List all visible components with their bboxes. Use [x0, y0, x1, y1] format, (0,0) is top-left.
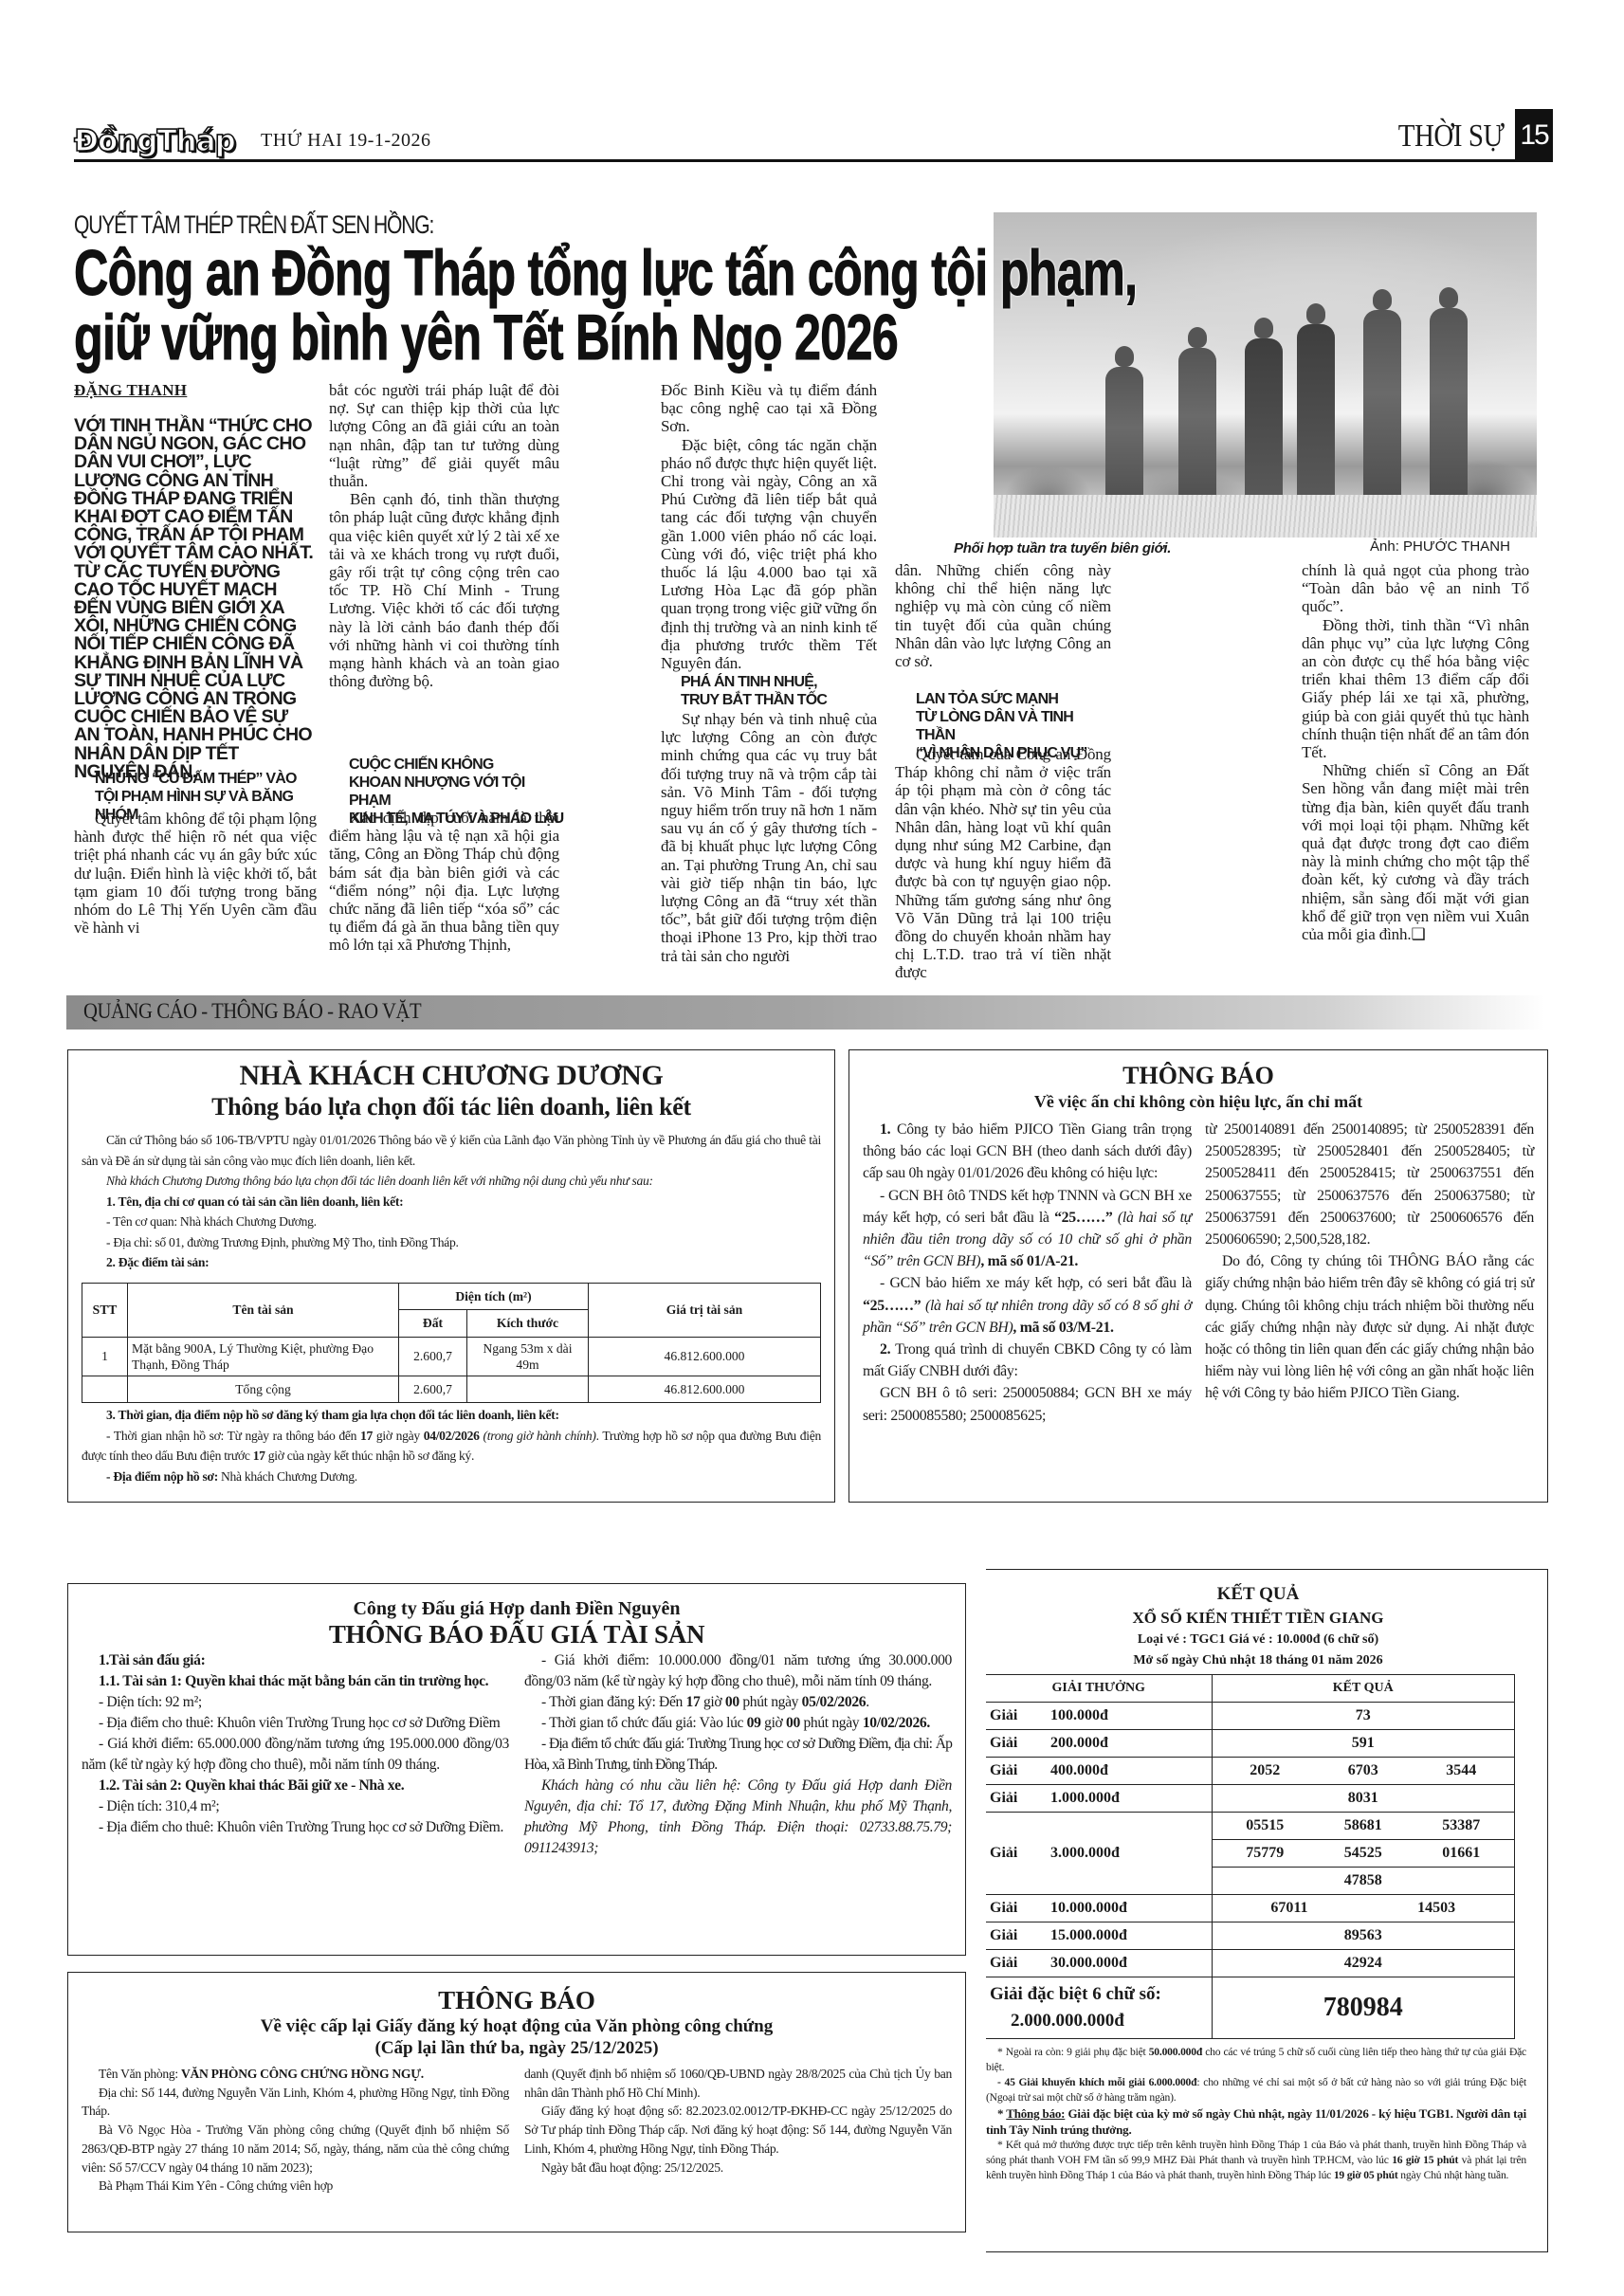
cell-empty	[82, 1376, 128, 1403]
prize-row: Giải3.000.000đ 055155868153387	[986, 1813, 1515, 1840]
prize-word: Giải	[990, 1735, 1050, 1752]
note-announcement: * Thông báo: Giải đặc biệt của kỳ mở số …	[986, 2105, 1526, 2138]
article-lede: VỚI TINH THẦN “THỨC CHO DÂN NGỦ NGON, GÁ…	[74, 417, 317, 781]
table-total-row: Tổng cộng 2.600,7 46.812.600.000	[82, 1376, 821, 1403]
ad-body: Tên Văn phòng: VĂN PHÒNG CÔNG CHỨNG HỒNG…	[82, 2065, 952, 2196]
result-cell: 757795452501661	[1212, 1840, 1515, 1868]
ad-line: - Địa điểm cho thuê: Khuôn viên Trường T…	[82, 1713, 509, 1734]
prize-cell: Giải200.000đ	[986, 1730, 1212, 1758]
article-column-5: chính là quả ngọt của phong trào “Toàn d…	[1302, 561, 1529, 943]
ad-paragraph: 2. Trong quá trình di chuyển CBKD Công t…	[863, 1339, 1192, 1382]
text: Công ty bảo hiểm PJICO Tiền Giang trân t…	[863, 1121, 1192, 1181]
text: Tên Văn phòng:	[99, 2067, 181, 2081]
prize-row: Giải30.000.000đ 42924	[986, 1950, 1515, 1977]
ad-line: - Tên cơ quan: Nhà khách Chương Dương.	[82, 1212, 821, 1232]
note: * Kết quả mở thưởng được trực tiếp trên …	[986, 2138, 1526, 2183]
table-header-size: Kích thước	[467, 1310, 589, 1338]
special-prize-amount: 2.000.000.000đ	[990, 2008, 1208, 2034]
photo-figure	[1430, 308, 1468, 519]
ad-section-heading: 3. Thời gian, địa điểm nộp hồ sơ đăng ký…	[82, 1405, 821, 1426]
ad-contact: Khách hàng có nhu cầu liên hệ: Công ty Đ…	[524, 1776, 952, 1859]
special-prize-row: Giải đặc biệt 6 chữ số:2.000.000.000đ 78…	[986, 1977, 1515, 2039]
ad-paragraph: - GCN BH ôtô TNDS kết hợp TNNN và GCN BH…	[863, 1185, 1192, 1273]
cell-total-land: 2.600,7	[399, 1376, 467, 1403]
prize-cell: Giải3.000.000đ	[986, 1813, 1212, 1895]
text: - Thời gian đăng ký: Đến	[541, 1694, 686, 1710]
prize-cell: Giải400.000đ	[986, 1758, 1212, 1785]
prize-row: Giải200.000đ 591	[986, 1730, 1515, 1758]
ad-column-right: danh (Quyết định bổ nhiệm số 1060/QĐ-UBN…	[524, 2065, 952, 2196]
subhead-pha-an-tinh-nhue: PHÁ ÁN TINH NHUỆ, TRUY BẮT THẦN TỐC	[681, 673, 880, 709]
prize-word: Giải	[990, 1707, 1050, 1724]
table-row: 1 Mặt bằng 900A, Lý Thường Kiệt, phường …	[82, 1337, 821, 1376]
ad-line: Bà Võ Ngọc Hòa - Trưởng Văn phòng công c…	[82, 2121, 509, 2177]
text-bold: - Địa điểm nộp hồ sơ:	[106, 1469, 218, 1484]
ad-title: THÔNG BÁO	[863, 1062, 1534, 1090]
prize-row: Giải100.000đ 73	[986, 1703, 1515, 1730]
photo-caption: Phối hợp tuần tra tuyến biên giới.	[954, 540, 1171, 556]
ad-paragraph: từ 2500140891 đến 2500140895; từ 2500528…	[1205, 1119, 1534, 1250]
text-bold: 2.	[880, 1341, 890, 1358]
ad-line: - Giá khởi điểm: 10.000.000 đồng/01 năm …	[524, 1650, 952, 1692]
text: giờ ngày	[373, 1429, 424, 1443]
text: Nhà khách Chương Dương.	[218, 1469, 357, 1484]
ad-intro: Căn cứ Thông báo số 106-TB/VPTU ngày 01/…	[82, 1130, 821, 1171]
ad-inner: KẾT QUẢ XỔ SỐ KIẾN THIẾT TIỀN GIANG Loại…	[986, 1570, 1547, 2183]
prize-amount: 3.000.000đ	[1050, 1845, 1120, 1862]
article-paragraph: dân. Những chiến công này không chỉ thể …	[895, 561, 1111, 670]
cell-stt: 1	[82, 1337, 128, 1376]
text: - GCN bảo hiểm xe máy kết hợp, có seri b…	[880, 1275, 1192, 1291]
text: .	[866, 1694, 869, 1710]
ad-line: - Giá khởi điểm: 65.000.000 đồng/năm tươ…	[82, 1734, 509, 1776]
ad-body: 1.Tài sản đấu giá: 1.1. Tài sản 1: Quyền…	[82, 1650, 952, 1859]
ad-column-right: - Giá khởi điểm: 10.000.000 đồng/01 năm …	[524, 1650, 952, 1859]
ad-line: Ngày bắt đầu hoạt động: 25/12/2025.	[524, 2159, 952, 2178]
ad-auction-time: - Thời gian tổ chức đấu giá: Vào lúc 09 …	[524, 1713, 952, 1734]
result-number: 14503	[1417, 1900, 1455, 1917]
lottery-results-table: GIẢI THƯỞNG KẾT QUẢ Giải100.000đ 73 Giải…	[986, 1674, 1515, 2039]
special-prize-cell: Giải đặc biệt 6 chữ số:2.000.000.000đ	[986, 1977, 1212, 2039]
result-cell: 6701114503	[1212, 1895, 1515, 1922]
article-paragraph: chính là quả ngọt của phong trào “Toàn d…	[1302, 561, 1529, 616]
text-bold: 16 giờ 15 phút	[1392, 2154, 1458, 2166]
text-italic: (trong giờ hành chính)	[480, 1429, 596, 1443]
masthead: ĐồngTháp THỨ HAI 19-1-2026 THỜI SỰ 15	[74, 109, 1553, 164]
table-header-value: Giá trị tài sản	[589, 1283, 821, 1337]
photo-grass	[994, 495, 1537, 538]
result-number: 75779	[1246, 1845, 1284, 1862]
article-column-2: bắt cóc người trái pháp luật để đòi nợ. …	[329, 381, 559, 690]
text: phút ngày	[800, 1715, 863, 1731]
text-bold: - 45 Giải khuyến khích mỗi giải 6.000.00…	[997, 2076, 1196, 2088]
prize-word: Giải	[990, 1790, 1050, 1807]
article-column-3b: Sự nhạy bén và tinh nhuệ của lực lượng C…	[661, 710, 877, 965]
ad-heading: 1.2. Tài sản 2: Quyền khai thác Bãi giữ …	[82, 1776, 509, 1796]
prize-word: Giải	[990, 1762, 1050, 1779]
prize-amount: 15.000.000đ	[1050, 1927, 1127, 1944]
article-kicker: QUYẾT TÂM THÉP TRÊN ĐẤT SEN HỒNG:	[74, 210, 433, 240]
result-number: 3544	[1446, 1762, 1476, 1779]
article-column-4b: Quyết tâm của Công an Đồng Tháp không ch…	[895, 745, 1111, 982]
text-bold: “25……”	[1054, 1210, 1112, 1226]
article-paragraph: Quyết tâm không để tội phạm lộng hành đư…	[74, 810, 317, 937]
prize-cell: Giải100.000đ	[986, 1703, 1212, 1730]
text-bold: 17	[360, 1429, 373, 1443]
prize-word: Giải	[990, 1955, 1050, 1972]
article-paragraph: Những chiến sĩ Công an Đất Sen hồng vẫn …	[1302, 761, 1529, 943]
ad-section-heading: 2. Đặc điểm tài sản:	[82, 1252, 821, 1273]
text-bold: , mã số 03/M-21.	[1013, 1320, 1113, 1336]
result-number: 58681	[1344, 1817, 1382, 1834]
text: Trong quá trình di chuyển CBKD Công ty c…	[863, 1341, 1192, 1379]
ad-column-left: 1.Tài sản đấu giá: 1.1. Tài sản 1: Quyền…	[82, 1650, 509, 1859]
ads-section-banner: QUẢNG CÁO - THÔNG BÁO - RAO VẶT	[66, 995, 1545, 1030]
photo-figure	[1363, 310, 1401, 519]
ad-title: THÔNG BÁO ĐẤU GIÁ TÀI SẢN	[82, 1620, 952, 1649]
text-bold: 04/02/2026	[424, 1429, 480, 1443]
text-bold: 19 giờ 05 phút	[1334, 2169, 1398, 2181]
ad-subtitle: Về việc ấn chỉ không còn hiệu lực, ấn ch…	[863, 1090, 1534, 1113]
ad-line: - Địa điểm cho thuê: Khuôn viên Trường T…	[82, 1817, 509, 1838]
result-number: 42924	[1344, 1955, 1382, 1972]
ad-line: danh (Quyết định bổ nhiệm số 1060/QĐ-UBN…	[524, 2065, 952, 2102]
newspaper-logo: ĐồngTháp	[74, 124, 235, 158]
prize-amount: 1.000.000đ	[1050, 1790, 1120, 1807]
result-number: 89563	[1344, 1927, 1382, 1944]
special-prize-result: 780984	[1212, 1977, 1515, 2039]
article-paragraph: Quyết tâm của Công an Đồng Tháp không ch…	[895, 745, 1111, 982]
table-header-name: Tên tài sản	[128, 1283, 399, 1337]
article-column-3: Đốc Binh Kiều và tụ điểm đánh bạc công n…	[661, 381, 877, 672]
ad-intro-italic: Nhà khách Chương Dương thông báo lựa chọ…	[82, 1171, 821, 1192]
issue-date: THỨ HAI 19-1-2026	[261, 130, 431, 152]
text-bold: 17	[253, 1449, 265, 1463]
ad-paragraph: GCN BH ô tô seri: 2500050884; GCN BH xe …	[863, 1382, 1192, 1426]
result-number: 591	[1352, 1735, 1375, 1752]
ad-paragraph: 1. Công ty bảo hiểm PJICO Tiền Giang trâ…	[863, 1119, 1192, 1185]
text: giờ của ngày kết thúc nhận hồ sơ đăng ký…	[265, 1449, 474, 1463]
prize-word: Giải	[990, 1900, 1050, 1917]
text-bold: 09	[747, 1715, 761, 1731]
header-result: KẾT QUẢ	[1212, 1675, 1515, 1703]
photo-credit: Ảnh: PHƯỚC THANH	[1370, 538, 1510, 555]
text-bold: 00	[786, 1715, 800, 1731]
prize-row: Giải1.000.000đ 8031	[986, 1785, 1515, 1813]
result-cell: 89563	[1212, 1922, 1515, 1950]
ad-ket-qua-xo-so: KẾT QUẢ XỔ SỐ KIẾN THIẾT TIỀN GIANG Loại…	[986, 1569, 1548, 2252]
ad-line: Địa chỉ: Số 144, đường Nguyễn Văn Linh, …	[82, 2084, 509, 2121]
lottery-ticket-info: Loại vé : TGC1 Giá vé : 10.000đ (6 chữ s…	[986, 1630, 1530, 1650]
ad-thong-bao-cong-chung: THÔNG BÁO Về việc cấp lại Giấy đăng ký h…	[67, 1972, 966, 2232]
cell-land: 2.600,7	[399, 1337, 467, 1376]
prize-word: Giải	[990, 1845, 1050, 1862]
section-name: THỜI SỰ	[1397, 118, 1504, 155]
prize-amount: 200.000đ	[1050, 1735, 1108, 1752]
result-number: 47858	[1344, 1872, 1382, 1889]
article-paragraph-text: Những chiến sĩ Công an Đất Sen hồng vẫn …	[1302, 761, 1529, 943]
article-paragraph: bắt cóc người trái pháp luật để đòi nợ. …	[329, 381, 559, 490]
result-number: 01661	[1442, 1845, 1480, 1862]
prize-cell: Giải1.000.000đ	[986, 1785, 1212, 1813]
text: * Ngoài ra còn: 9 giải phụ đặc biệt	[997, 2046, 1149, 2058]
cell-size: Ngang 53m x dài 49m	[467, 1337, 589, 1376]
masthead-divider	[74, 159, 1515, 162]
result-cell: 055155868153387	[1212, 1813, 1515, 1840]
ad-heading: 1.1. Tài sản 1: Quyền khai thác mặt bằng…	[82, 1671, 509, 1692]
result-number: 6703	[1348, 1762, 1378, 1779]
ad-office-name: Tên Văn phòng: VĂN PHÒNG CÔNG CHỨNG HỒNG…	[82, 2065, 509, 2084]
result-number: 54525	[1344, 1845, 1382, 1862]
photo-figure	[1178, 348, 1216, 519]
asset-table: STT Tên tài sản Diện tích (m²) Giá trị t…	[82, 1283, 821, 1404]
end-mark-icon: ❑	[1411, 925, 1425, 943]
result-cell: 73	[1212, 1703, 1515, 1730]
text: ngày Chủ nhật hàng tuần.	[1398, 2169, 1509, 2181]
text-bold: 00	[725, 1694, 739, 1710]
ad-section-heading: 1. Tên, địa chỉ cơ quan có tài sản cần l…	[82, 1192, 821, 1212]
prize-row: Giải10.000.000đ 6701114503	[986, 1895, 1515, 1922]
result-number: 67011	[1270, 1900, 1307, 1917]
article-byline: ĐẶNG THANH	[74, 381, 187, 400]
text: - Thời gian tổ chức đấu giá: Vào lúc	[541, 1715, 747, 1731]
text: - Thời gian nhận hồ sơ: Từ ngày ra thông…	[106, 1429, 360, 1443]
ad-title: THÔNG BÁO	[82, 1985, 952, 2015]
special-prize-label: Giải đặc biệt 6 chữ số:	[990, 1981, 1208, 2008]
ad-body: 1. Công ty bảo hiểm PJICO Tiền Giang trâ…	[863, 1119, 1534, 1427]
ad-column-right: từ 2500140891 đến 2500140895; từ 2500528…	[1205, 1119, 1534, 1427]
prize-cell: Giải30.000.000đ	[986, 1950, 1212, 1977]
ad-title: NHÀ KHÁCH CHƯƠNG DƯƠNG	[82, 1060, 821, 1092]
prize-amount: 30.000.000đ	[1050, 1955, 1127, 1972]
prize-amount: 400.000đ	[1050, 1762, 1108, 1779]
ads-section-label: QUẢNG CÁO - THÔNG BÁO - RAO VẶT	[83, 999, 421, 1024]
result-cell: 47858	[1212, 1868, 1515, 1895]
ad-thong-bao-dau-gia: Công ty Đấu giá Hợp danh Điền Nguyên THÔ…	[67, 1583, 966, 1956]
photo-figure	[1297, 324, 1335, 519]
text: giờ	[700, 1694, 724, 1710]
text-bold: 50.000.000đ	[1149, 2046, 1202, 2058]
result-cell: 42924	[1212, 1950, 1515, 1977]
article-headline-line-1: Công an Đồng Tháp tổng lực tấn công tội …	[74, 241, 1137, 305]
prize-row: Giải15.000.000đ 89563	[986, 1922, 1515, 1950]
ad-registration-time: - Thời gian đăng ký: Đến 17 giờ 00 phút …	[524, 1692, 952, 1713]
ad-submission-place: - Địa điểm nộp hồ sơ: Nhà khách Chương D…	[82, 1467, 821, 1487]
cell-total-value: 46.812.600.000	[589, 1376, 821, 1403]
text-bold: 10/02/2026.	[863, 1715, 930, 1731]
prize-cell: Giải15.000.000đ	[986, 1922, 1212, 1950]
ad-line: - Diện tích: 92 m²;	[82, 1692, 509, 1713]
ad-inner: THÔNG BÁO Về việc ấn chỉ không còn hiệu …	[849, 1050, 1547, 1502]
prize-amount: 10.000.000đ	[1050, 1900, 1127, 1917]
page-number: 15	[1515, 109, 1553, 162]
note: - 45 Giải khuyến khích mỗi giải 6.000.00…	[986, 2075, 1526, 2105]
text: giờ	[761, 1715, 786, 1731]
article-column-1: Quyết tâm không để tội phạm lộng hành đư…	[74, 810, 317, 937]
note: * Ngoài ra còn: 9 giải phụ đặc biệt 50.0…	[986, 2045, 1526, 2075]
ad-line: - Địa chỉ: số 01, đường Trương Định, phư…	[82, 1232, 821, 1253]
ad-nha-khach-chuong-duong: NHÀ KHÁCH CHƯƠNG DƯƠNG Thông báo lựa chọ…	[67, 1049, 835, 1503]
text-underline: Thông báo:	[1006, 2106, 1065, 2121]
lottery-notes: * Ngoài ra còn: 9 giải phụ đặc biệt 50.0…	[986, 2045, 1530, 2183]
result-cell: 205267033544	[1212, 1758, 1515, 1785]
article-paragraph: Đặc biệt, công tác ngăn chặn pháo nổ đượ…	[661, 436, 877, 673]
ad-body: Căn cứ Thông báo số 106-TB/VPTU ngày 01/…	[82, 1130, 821, 1486]
ad-line: Giấy đăng ký hoạt động số: 82.2023.02.00…	[524, 2102, 952, 2158]
text-bold: 17	[686, 1694, 701, 1710]
ad-column-left: 1. Công ty bảo hiểm PJICO Tiền Giang trâ…	[863, 1119, 1192, 1427]
ad-subtitle-date: (Cấp lại lần thứ ba, ngày 25/12/2025)	[82, 2037, 952, 2059]
article-paragraph: Sự nhạy bén và tinh nhuệ của lực lượng C…	[661, 710, 877, 965]
text-bold: VĂN PHÒNG CÔNG CHỨNG HỒNG NGỰ.	[181, 2067, 424, 2081]
result-number: 2052	[1250, 1762, 1280, 1779]
table-header-stt: STT	[82, 1283, 128, 1337]
article-paragraph: Đốc Binh Kiều và tụ điểm đánh bạc công n…	[661, 381, 877, 436]
ad-company: Công ty Đấu giá Hợp danh Điền Nguyên	[82, 1597, 952, 1620]
result-number: 8031	[1348, 1790, 1378, 1807]
lottery-subtitle: XỔ SỐ KIẾN THIẾT TIỀN GIANG	[986, 1607, 1530, 1630]
table-header-land: Đất	[399, 1310, 467, 1338]
result-number: 05515	[1246, 1817, 1284, 1834]
article-column-4: dân. Những chiến công này không chỉ thể …	[895, 561, 1111, 670]
ad-submission-time: - Thời gian nhận hồ sơ: Từ ngày ra thông…	[82, 1426, 821, 1467]
text-bold: , mã số 01/A-21.	[980, 1253, 1078, 1269]
table-header-area: Diện tích (m²)	[399, 1283, 589, 1310]
cell-empty	[467, 1376, 589, 1403]
result-cell: 591	[1212, 1730, 1515, 1758]
lottery-draw-date: Mở số ngày Chủ nhật 18 tháng 01 năm 2026	[986, 1650, 1530, 1670]
text-bold: “25……”	[863, 1298, 921, 1314]
article-paragraph: Xác định dịp cuối năm là thời điểm hàng …	[329, 809, 559, 955]
header-prize: GIẢI THƯỞNG	[986, 1675, 1212, 1703]
ad-paragraph: Do đó, Công ty chúng tôi THÔNG BÁO rằng …	[1205, 1250, 1534, 1404]
article-paragraph: Bên cạnh đó, tinh thần thượng tôn pháp l…	[329, 490, 559, 690]
prize-cell: Giải10.000.000đ	[986, 1895, 1212, 1922]
article-headline-line-2: giữ vững bình yên Tết Bính Ngọ 2026	[74, 305, 898, 370]
result-number: 53387	[1442, 1817, 1480, 1834]
ad-column-left: Tên Văn phòng: VĂN PHÒNG CÔNG CHỨNG HỒNG…	[82, 2065, 509, 2196]
photo-figure	[1245, 338, 1283, 519]
cell-total-label: Tổng cộng	[128, 1376, 399, 1403]
ad-subtitle: Về việc cấp lại Giấy đăng ký hoạt động c…	[82, 2015, 952, 2037]
ad-line: Bà Phạm Thái Kim Yên - Công chứng viên h…	[82, 2177, 509, 2196]
prize-row: Giải400.000đ 205267033544	[986, 1758, 1515, 1785]
article-paragraph: Đồng thời, tinh thần “Vì nhân dân phục v…	[1302, 616, 1529, 762]
lottery-title: KẾT QUẢ	[986, 1581, 1530, 1607]
article-column-2b: Xác định dịp cuối năm là thời điểm hàng …	[329, 809, 559, 955]
text: Giải đặc biệt của kỳ mở số ngày Chủ nhật…	[986, 2106, 1526, 2137]
result-cell: 8031	[1212, 1785, 1515, 1813]
text-bold: 05/02/2026	[802, 1694, 867, 1710]
prize-word: Giải	[990, 1927, 1050, 1944]
text: *	[997, 2106, 1006, 2121]
text: phút ngày	[739, 1694, 802, 1710]
prize-amount: 100.000đ	[1050, 1707, 1108, 1724]
cell-value: 46.812.600.000	[589, 1337, 821, 1376]
ad-paragraph: - GCN bảo hiểm xe máy kết hợp, có seri b…	[863, 1272, 1192, 1339]
ad-thong-bao-an-chi: THÔNG BÁO Về việc ấn chỉ không còn hiệu …	[848, 1049, 1548, 1503]
result-number: 73	[1356, 1707, 1371, 1724]
ad-line: - Diện tích: 310,4 m²;	[82, 1796, 509, 1817]
cell-name: Mặt bằng 900A, Lý Thường Kiệt, phường Đạ…	[128, 1337, 399, 1376]
ad-heading: 1.Tài sản đấu giá:	[82, 1650, 509, 1671]
text-bold: 1.	[880, 1121, 890, 1138]
ad-subtitle: Thông báo lựa chọn đối tác liên doanh, l…	[82, 1092, 821, 1122]
ad-venue: - Địa điểm tổ chức đấu giá: Trường Trung…	[524, 1734, 952, 1776]
